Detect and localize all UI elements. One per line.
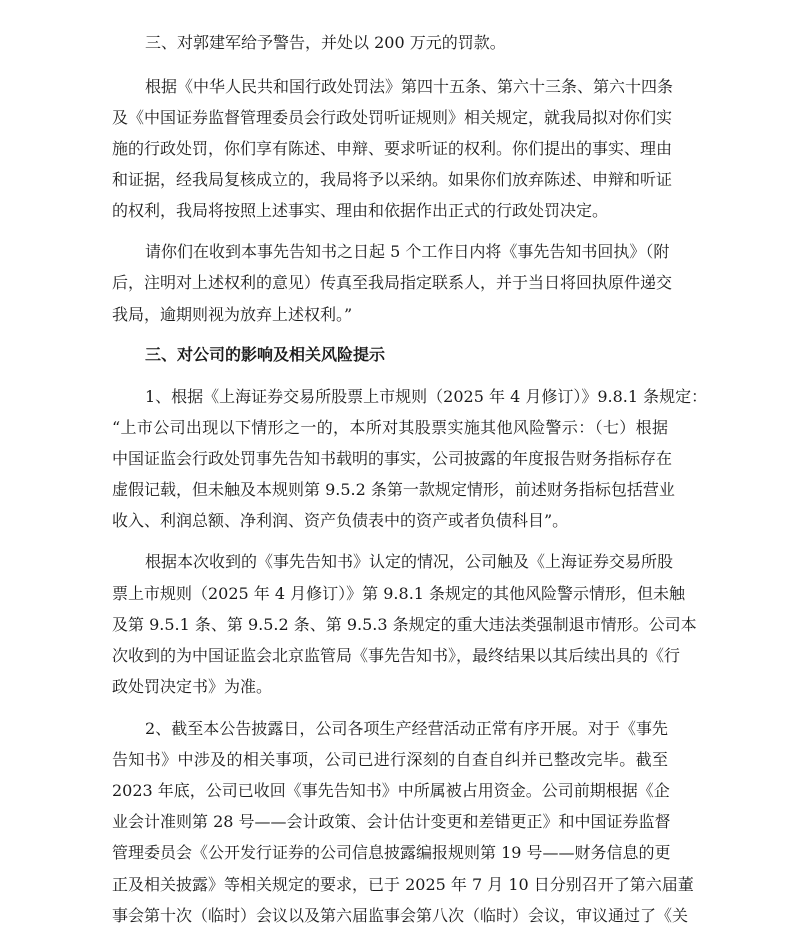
text-line: 三、对郭建军给予警告，并处以 200 万元的罚款。 [145, 32, 668, 54]
text-line: 根据本次收到的《事先告知书》认定的情况，公司触及《上海证券交易所股 [145, 551, 668, 573]
text-line: 中国证监会行政处罚事先告知书载明的事实，公司披露的年度报告财务指标存在 [112, 448, 668, 470]
text-line: 2023 年底，公司已收回《事先告知书》中所属被占用资金。公司前期根据《企 [112, 780, 668, 802]
heading-text: 三、对公司的影响及相关风险提示 [145, 344, 668, 366]
text-line: 的权利，我局将按照上述事实、理由和依据作出正式的行政处罚决定。 [112, 200, 668, 222]
text-line: 和证据，经我局复核成立的，我局将予以采纳。如果你们放弃陈述、申辩和听证 [112, 169, 668, 191]
text-line: 请你们在收到本事先告知书之日起 5 个工作日内将《事先告知书回执》（附 [145, 241, 668, 263]
text-line: 施的行政处罚，你们享有陈述、申辩、要求听证的权利。你们提出的事实、理由 [112, 138, 668, 160]
text-line: 收入、利润总额、净利润、资产负债表中的资产或者负债科目”。 [112, 510, 668, 532]
text-line: “上市公司出现以下情形之一的，本所对其股票实施其他风险警示：（七）根据 [112, 417, 668, 439]
text-line: 及《中国证券监督管理委员会行政处罚听证规则》相关规定，就我局拟对你们实 [112, 107, 668, 129]
text-line: 虚假记载，但未触及本规则第 9.5.2 条第一款规定情形，前述财务指标包括营业 [112, 479, 668, 501]
text-line: 事会第十次（临时）会议以及第六届监事会第八次（临时）会议，审议通过了《关 [112, 905, 668, 927]
text-line: 告知书》中涉及的相关事项，公司已进行深刻的自查自纠并已整改完毕。截至 [112, 749, 668, 771]
text-line: 业会计准则第 28 号——会计政策、会计估计变更和差错更正》和中国证券监督 [112, 811, 668, 833]
document-page: 三、对郭建军给予警告，并处以 200 万元的罚款。 根据《中华人民共和国行政处罚… [0, 0, 786, 935]
text-line: 正及相关披露》等相关规定的要求，已于 2025 年 7 月 10 日分别召开了第… [112, 874, 668, 896]
text-line: 票上市规则（2025 年 4 月修订）》第 9.8.1 条规定的其他风险警示情形… [112, 583, 668, 605]
text-line: 根据《中华人民共和国行政处罚法》第四十五条、第六十三条、第六十四条 [145, 76, 668, 98]
text-line: 政处罚决定书》为准。 [112, 676, 668, 698]
text-line: 2、截至本公告披露日，公司各项生产经营活动正常有序开展。对于《事先 [145, 718, 668, 740]
text-line: 后，注明对上述权利的意见）传真至我局指定联系人，并于当日将回执原件递交 [112, 272, 668, 294]
text-line: 管理委员会《公开发行证券的公司信息披露编报规则第 19 号——财务信息的更 [112, 842, 668, 864]
text-line: 1、根据《上海证券交易所股票上市规则（2025 年 4 月修订）》9.8.1 条… [145, 386, 668, 408]
text-line: 我局，逾期则视为放弃上述权利。” [112, 304, 668, 326]
text-line: 及第 9.5.1 条、第 9.5.2 条、第 9.5.3 条规定的重大违法类强制… [112, 614, 668, 636]
text-line: 次收到的为中国证监会北京监管局《事先告知书》，最终结果以其后续出具的《行 [112, 645, 668, 667]
